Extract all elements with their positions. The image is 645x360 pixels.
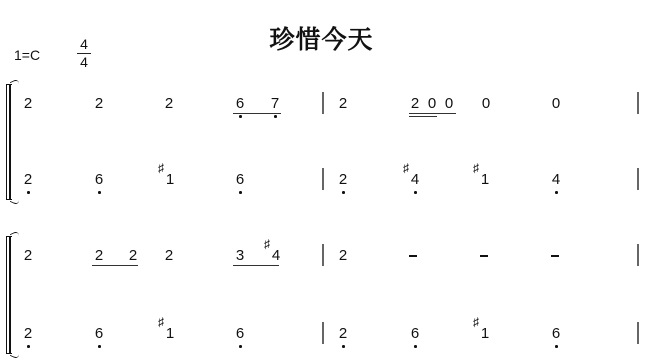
time-signature: 4 4 bbox=[76, 36, 92, 71]
bracket-inner-line bbox=[9, 237, 11, 353]
note: 1 bbox=[164, 326, 176, 342]
note: 6 bbox=[93, 326, 105, 342]
beam-underline bbox=[233, 113, 281, 114]
note-digit: 6 bbox=[411, 325, 419, 342]
low-octave-dot bbox=[342, 191, 345, 194]
key-signature: 1=C bbox=[14, 47, 40, 63]
low-octave-dot bbox=[27, 191, 30, 194]
note: 2 bbox=[337, 326, 349, 342]
note-digit: 6 bbox=[95, 171, 103, 188]
note: 0 bbox=[480, 96, 492, 112]
score-title: 珍惜今天 bbox=[0, 20, 645, 56]
note-digit: 4 bbox=[272, 247, 280, 264]
note: 2 bbox=[22, 172, 34, 188]
time-signature-denominator: 4 bbox=[76, 54, 92, 71]
note: 6 bbox=[93, 172, 105, 188]
note-digit: 2 bbox=[165, 95, 173, 112]
bracket-inner-line bbox=[9, 85, 11, 199]
note-digit: 0 bbox=[552, 95, 560, 112]
sustain-dash bbox=[551, 255, 559, 257]
note-digit: 2 bbox=[165, 247, 173, 264]
note-digit: 2 bbox=[339, 171, 347, 188]
low-octave-dot bbox=[239, 115, 242, 118]
sharp-accidental: ♯ bbox=[403, 162, 409, 174]
note-digit: 6 bbox=[95, 325, 103, 342]
note-digit: 1 bbox=[481, 325, 489, 342]
sharp-accidental: ♯ bbox=[264, 238, 270, 250]
note: 6 bbox=[234, 172, 246, 188]
low-octave-dot bbox=[414, 345, 417, 348]
note-digit: 0 bbox=[428, 95, 436, 112]
barline bbox=[637, 244, 639, 266]
note: 6 bbox=[234, 326, 246, 342]
low-octave-dot bbox=[98, 345, 101, 348]
note: 1 bbox=[479, 326, 491, 342]
note-digit: 2 bbox=[339, 247, 347, 264]
low-octave-dot bbox=[414, 191, 417, 194]
note: 2 bbox=[22, 248, 34, 264]
note-digit: 0 bbox=[445, 95, 453, 112]
sharp-accidental: ♯ bbox=[473, 316, 479, 328]
note-digit: 2 bbox=[411, 95, 419, 112]
note-digit: 1 bbox=[481, 171, 489, 188]
note: 2 bbox=[93, 96, 105, 112]
note: 7 bbox=[269, 96, 281, 112]
note-digit: 6 bbox=[236, 95, 244, 112]
sustain-dash bbox=[409, 255, 417, 257]
note: 2 bbox=[22, 326, 34, 342]
note: 1 bbox=[164, 172, 176, 188]
note-digit: 0 bbox=[482, 95, 490, 112]
note: 4 bbox=[270, 248, 282, 264]
barline bbox=[637, 322, 639, 344]
note-digit: 4 bbox=[552, 171, 560, 188]
note-digit: 2 bbox=[24, 95, 32, 112]
system-bracket bbox=[6, 84, 12, 200]
note: 2 bbox=[337, 172, 349, 188]
note: 2 bbox=[337, 248, 349, 264]
note-digit: 2 bbox=[24, 171, 32, 188]
note-digit: 2 bbox=[24, 247, 32, 264]
note-digit: 2 bbox=[95, 95, 103, 112]
low-octave-dot bbox=[555, 345, 558, 348]
note-digit: 3 bbox=[236, 247, 244, 264]
note: 2 bbox=[163, 248, 175, 264]
note: 4 bbox=[409, 172, 421, 188]
system-bracket bbox=[6, 236, 12, 354]
note-digit: 2 bbox=[24, 325, 32, 342]
note: 2 bbox=[127, 248, 139, 264]
sharp-accidental: ♯ bbox=[158, 316, 164, 328]
note: 0 bbox=[443, 96, 455, 112]
barline bbox=[322, 322, 324, 344]
note-digit: 6 bbox=[236, 325, 244, 342]
note-digit: 6 bbox=[552, 325, 560, 342]
note: 0 bbox=[426, 96, 438, 112]
barline bbox=[637, 92, 639, 114]
note-digit: 2 bbox=[129, 247, 137, 264]
note: 4 bbox=[550, 172, 562, 188]
note: 2 bbox=[93, 248, 105, 264]
sustain-dash bbox=[480, 255, 488, 257]
note-digit: 6 bbox=[236, 171, 244, 188]
low-octave-dot bbox=[98, 191, 101, 194]
sharp-accidental: ♯ bbox=[158, 162, 164, 174]
beam-underline bbox=[92, 265, 138, 266]
low-octave-dot bbox=[239, 191, 242, 194]
time-signature-numerator: 4 bbox=[76, 36, 92, 53]
barline bbox=[322, 168, 324, 190]
low-octave-dot bbox=[239, 345, 242, 348]
note-digit: 2 bbox=[339, 325, 347, 342]
note: 2 bbox=[163, 96, 175, 112]
low-octave-dot bbox=[555, 191, 558, 194]
low-octave-dot bbox=[274, 115, 277, 118]
note-digit: 1 bbox=[166, 171, 174, 188]
note: 1 bbox=[479, 172, 491, 188]
beam-underline bbox=[409, 116, 437, 117]
note-digit: 4 bbox=[411, 171, 419, 188]
note-digit: 1 bbox=[166, 325, 174, 342]
sharp-accidental: ♯ bbox=[473, 162, 479, 174]
barline bbox=[322, 92, 324, 114]
beam-underline bbox=[233, 265, 279, 266]
note: 2 bbox=[22, 96, 34, 112]
note-digit: 2 bbox=[95, 247, 103, 264]
beam-underline bbox=[409, 113, 456, 114]
note: 6 bbox=[409, 326, 421, 342]
note-digit: 2 bbox=[339, 95, 347, 112]
note: 6 bbox=[550, 326, 562, 342]
note: 3 bbox=[234, 248, 246, 264]
barline bbox=[637, 168, 639, 190]
note: 2 bbox=[409, 96, 421, 112]
note-digit: 7 bbox=[271, 95, 279, 112]
low-octave-dot bbox=[342, 345, 345, 348]
barline bbox=[322, 244, 324, 266]
low-octave-dot bbox=[27, 345, 30, 348]
note: 6 bbox=[234, 96, 246, 112]
note: 0 bbox=[550, 96, 562, 112]
note: 2 bbox=[337, 96, 349, 112]
